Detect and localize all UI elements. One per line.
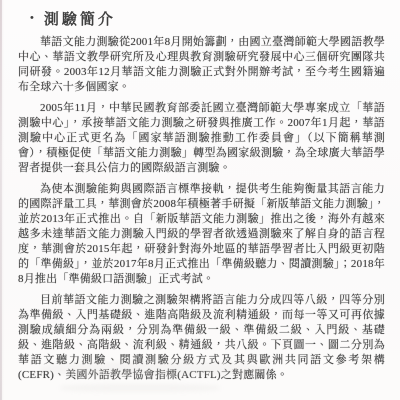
- paragraph-new-version-and-novice-band: 為使本測驗能夠與國際語言標準接軌，提供考生能夠衡量其語言能力的國際評量工具，華測…: [18, 182, 385, 287]
- scanned-document-page: • 測驗簡介 華語文能力測驗從2001年8月開始籌劃，由國立臺灣師範大學國語教學…: [0, 0, 400, 400]
- document-body: 華語文能力測驗從2001年8月開始籌劃，由國立臺灣師範大學國語教學中心、華語文教…: [18, 35, 385, 383]
- section-heading-text: 測驗簡介: [44, 8, 116, 29]
- bullet-icon: •: [30, 12, 34, 24]
- bleed-through-artifact: [60, 384, 220, 392]
- paragraph-sctop-establishment: 2005年11月，中華民國教育部委託國立臺灣師範大學專案成立「華語測驗中心」，承…: [18, 101, 385, 176]
- paragraph-history-origin: 華語文能力測驗從2001年8月開始籌劃，由國立臺灣師範大學國語教學中心、華語文教…: [18, 35, 385, 95]
- scan-edge-shadow: [0, 0, 2, 400]
- paragraph-band-structure: 目前華語文能力測驗之測驗架構將語言能力分成四等八級，四等分別為準備級、入門基礎級…: [18, 293, 385, 383]
- section-heading: • 測驗簡介: [30, 8, 385, 29]
